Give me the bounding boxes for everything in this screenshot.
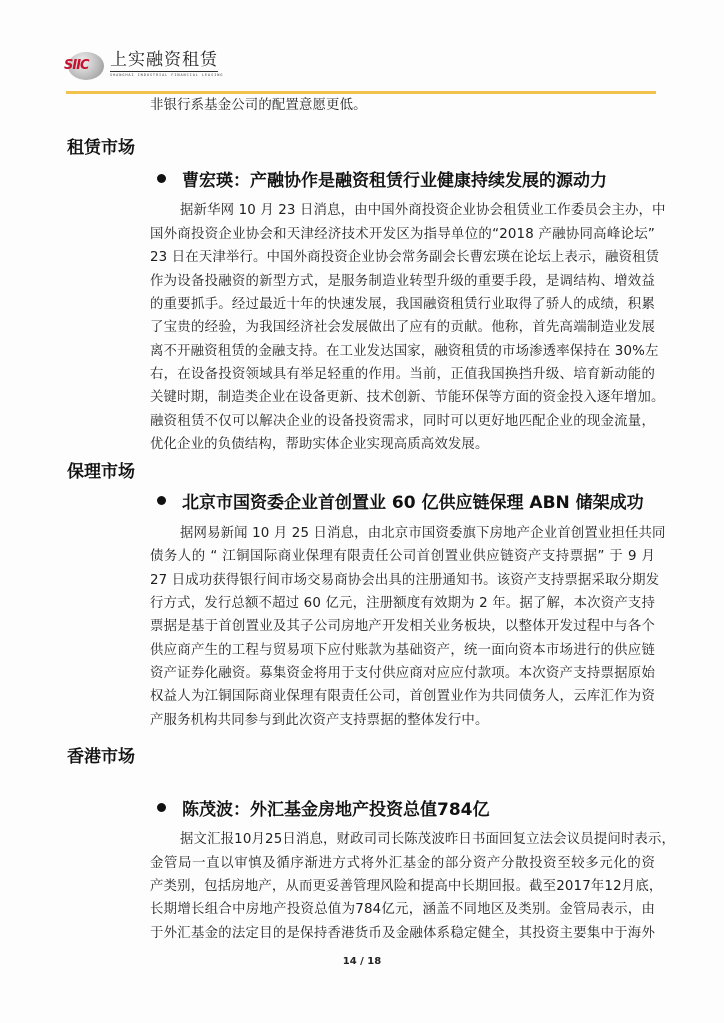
article-line: 作为设备投融资的新型方式，是服务制造业转型升级的重要手段，是调结构、增效益 [150, 274, 655, 290]
article-line: 资产证券化融资。募集资金将用于支付供应商对应应付款项。本次资产支持票据原始 [150, 666, 655, 682]
bullet-icon [157, 174, 166, 183]
article-line: 的重要抓手。经过最近十年的快速发展，我国融资租赁行业取得了骄人的成绩，积累 [150, 297, 655, 313]
article-line: 右，在设备投资领域具有举足轻重的作用。当前，正值我国换挡升级、培育新动能的 [150, 367, 655, 383]
logo-emblem-text: SIIC [64, 58, 89, 73]
article-line: 产服务机构共同参与到此次资产支持票据的整体发行中。 [150, 713, 489, 729]
article-line: 产类别，包括房地产，从而更妥善管理风险和提高中长期回报。截至2017年12月底， [150, 879, 655, 895]
carryover-text: 非银行系基金公司的配置意愿更低。 [150, 98, 367, 114]
logo-company-name: 上实融资租赁 [110, 50, 218, 72]
article-line: 金管局一直以审慎及循序渐进方式将外汇基金的部分资产分散投资至较多元化的资 [150, 856, 655, 872]
bullet-icon [157, 496, 166, 505]
section-heading-hongkong: 香港市场 [67, 742, 135, 767]
article-line: 于外汇基金的法定目的是保持香港货币及金融体系稳定健全，其投资主要集中于海外 [150, 926, 655, 942]
article-line: 据文汇报10月25日消息，财政司司长陈茂波昨日书面回复立法会议员提问时表示， [180, 832, 675, 848]
page-number: 14 / 18 [0, 956, 724, 967]
article-line: 关键时期，制造类企业在设备更新、技术创新、节能环保等方面的资金投入逐年增加。 [150, 390, 655, 406]
article-title: 陈茂波：外汇基金房地产投资总值784亿 [182, 795, 490, 820]
article-line: 23 日在天津举行。中国外商投资企业协会常务副会长曹宏瑛在论坛上表示，融资租赁 [150, 250, 655, 266]
article-title: 北京市国资委企业首创置业 60 亿供应链保理 ABN 储架成功 [182, 488, 644, 513]
article-line: 据新华网 10 月 23 日消息，由中国外商投资企业协会租赁业工作委员会主办，中 [180, 203, 666, 219]
article-line: 了宝贵的经验，为我国经济社会发展做出了应有的贡献。他称，首先高端制造业发展 [150, 320, 655, 336]
company-logo: SIIC 上实融资租赁 SHANGHAI INDUSTRIAL FINANCIA… [68, 48, 218, 84]
article-line: 27 日成功获得银行间市场交易商协会出具的注册通知书。该资产支持票据采取分期发 [150, 573, 655, 589]
header-divider [66, 91, 656, 94]
logo-company-name-en: SHANGHAI INDUSTRIAL FINANCIAL LEASING [110, 73, 223, 77]
article-line: 行方式，发行总额不超过 60 亿元，注册额度有效期为 2 年。据了解，本次资产支… [150, 596, 655, 612]
article-line: 据网易新闻 10 月 25 日消息，由北京市国资委旗下房地产企业首创置业担任共同 [180, 526, 666, 542]
article-line: 供应商产生的工程与贸易项下应付账款为基础资产，统一面向资本市场进行的供应链 [150, 643, 655, 659]
section-heading-leasing: 租赁市场 [67, 133, 135, 158]
article-line: 国外商投资企业协会和天津经济技术开发区为指导单位的“2018 产融协同高峰论坛” [150, 227, 655, 243]
article-line: 票据是基于首创置业及其子公司房地产开发相关业务板块，以整体开发过程中与各个 [150, 619, 655, 635]
article-line: 离不开融资租赁的金融支持。在工业发达国家，融资租赁的市场渗透率保持在 30%左 [150, 344, 655, 360]
section-heading-factoring: 保理市场 [67, 457, 135, 482]
article-line: 债务人的 “ 江铜国际商业保理有限责任公司首创置业供应链资产支持票据” 于 9 … [150, 549, 655, 565]
article-line: 长期增长组合中房地产投资总值为784亿元，涵盖不同地区及类别。金管局表示，由 [150, 902, 655, 918]
article-title: 曹宏瑛：产融协作是融资租赁行业健康持续发展的源动力 [182, 166, 607, 191]
article-line: 优化企业的负债结构，帮助实体企业实现高质高效发展。 [150, 437, 489, 453]
article-line: 融资租赁不仅可以解决企业的设备投资需求，同时可以更好地匹配企业的现金流量， [150, 414, 655, 430]
article-line: 权益人为江铜国际商业保理有限责任公司，首创置业作为共同债务人，云库汇作为资 [150, 689, 655, 705]
bullet-icon [157, 803, 166, 812]
